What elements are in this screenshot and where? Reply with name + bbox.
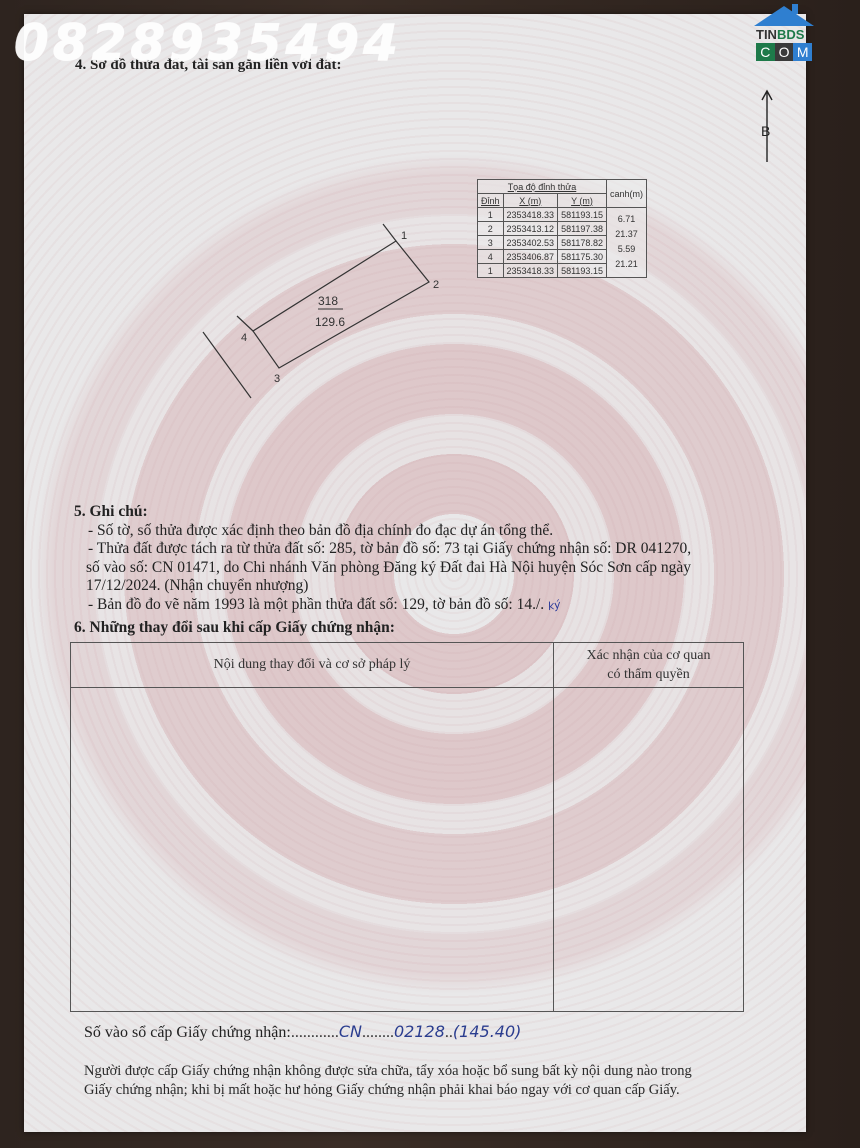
section-6-title: 6. Những thay đổi sau khi cấp Giấy chứng… [74, 619, 395, 637]
legal-warning: Người được cấp Giấy chứng nhận không đượ… [84, 1062, 774, 1100]
coord-cell-x: 2353418.33 [503, 264, 558, 278]
edge-lengths: 6.7121.375.5921.21 [606, 208, 646, 278]
coord-cell-y: 581197.38 [558, 222, 607, 236]
coord-cell-x: 2353402.53 [503, 236, 558, 250]
logo-text-tin: TIN [756, 27, 777, 42]
logo-m: M [793, 43, 812, 61]
section-5-title: 5. Ghi chú: [74, 503, 774, 522]
changes-col1-header: Nội dung thay đổi và cơ sở pháp lý [71, 643, 553, 687]
parcel-plot-diagram: 318 129.6 1 2 3 4 [190, 210, 460, 400]
north-label: B [761, 123, 770, 139]
coord-cell-vertex: 1 [478, 208, 504, 222]
coord-cell-vertex: 2 [478, 222, 504, 236]
registration-label: Số vào sổ cấp Giấy chứng nhận: [84, 1024, 291, 1041]
changes-col2-header: Xác nhận của cơ quancó thẩm quyền [554, 643, 743, 687]
note-line: 17/12/2024. (Nhận chuyển nhượng) [74, 577, 774, 596]
edge-length: 6.71 [610, 212, 643, 227]
edge-length-header: canh(m) [606, 180, 646, 208]
note-line: - Số tờ, số thửa được xác định theo bản … [74, 522, 774, 541]
vertex-header: Đỉnh [478, 194, 504, 208]
house-roof-icon [754, 6, 814, 26]
edge-length: 5.59 [610, 242, 643, 257]
logo-text-bds: BDS [777, 27, 804, 42]
logo-o: O [775, 43, 794, 61]
note-line: số vào số: CN 01471, do Chi nhánh Văn ph… [74, 559, 774, 578]
section-5-notes: 5. Ghi chú: - Số tờ, số thửa được xác đị… [74, 503, 774, 616]
logo-c: C [756, 43, 775, 61]
y-header: Y (m) [558, 194, 607, 208]
vertex-label-1: 1 [401, 230, 407, 242]
vertex-label-2: 2 [433, 279, 439, 291]
handwritten-cn: CN [339, 1022, 362, 1041]
coord-row: 12353418.33581193.156.7121.375.5921.21 [478, 208, 647, 222]
coord-group-header: Tọa độ đỉnh thửa [478, 180, 607, 194]
vertex-label-3: 3 [274, 373, 280, 385]
coord-cell-x: 2353406.87 [503, 250, 558, 264]
edge-length: 21.21 [610, 257, 643, 272]
phone-watermark: 0828935494 [14, 14, 402, 72]
tinbds-logo: TINBDS C O M [754, 6, 814, 62]
coord-cell-vertex: 1 [478, 264, 504, 278]
changes-table: Nội dung thay đổi và cơ sở pháp lý Xác n… [70, 642, 744, 1012]
coord-cell-y: 581178.82 [558, 236, 607, 250]
handwritten-reg-number: 02128 [394, 1022, 445, 1041]
vertex-coordinate-table: Tọa độ đỉnh thửa canh(m) Đỉnh X (m) Y (m… [477, 179, 647, 278]
edge-length: 21.37 [610, 227, 643, 242]
note-line: - Thửa đất được tách ra từ thửa đất số: … [74, 540, 774, 559]
coord-cell-x: 2353418.33 [503, 208, 558, 222]
parcel-area: 129.6 [315, 315, 345, 329]
coord-cell-y: 581193.15 [558, 264, 607, 278]
coord-cell-y: 581175.30 [558, 250, 607, 264]
coord-cell-vertex: 3 [478, 236, 504, 250]
coord-cell-y: 581193.15 [558, 208, 607, 222]
handwritten-reg-suffix: (145.40) [453, 1022, 521, 1041]
north-arrow-icon: B [760, 88, 774, 164]
coord-cell-vertex: 4 [478, 250, 504, 264]
registration-number-line: Số vào sổ cấp Giấy chứng nhận:..........… [84, 1022, 521, 1042]
chimney-icon [792, 4, 798, 14]
x-header: X (m) [503, 194, 558, 208]
handwritten-signature: ký [546, 596, 562, 617]
vertex-label-4: 4 [241, 332, 247, 344]
note-line: - Bản đồ đo vẽ năm 1993 là một phần thửa… [88, 596, 544, 613]
changes-col-content [71, 643, 554, 1011]
parcel-number: 318 [318, 294, 338, 308]
coord-cell-x: 2353413.12 [503, 222, 558, 236]
